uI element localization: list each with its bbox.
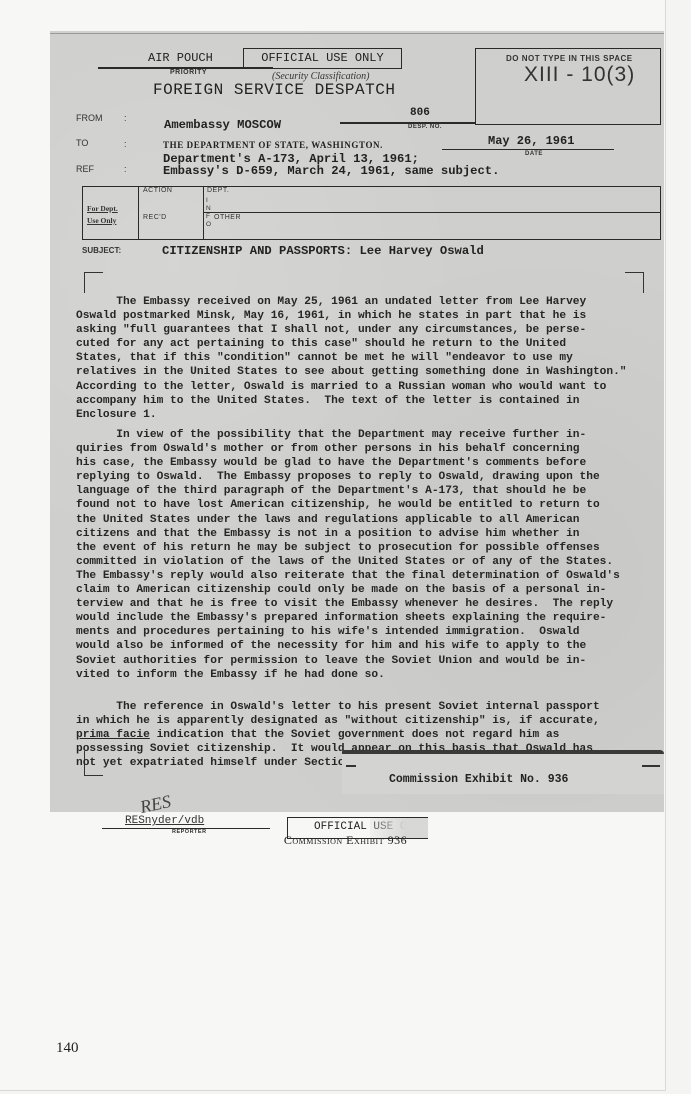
prima-facie-phrase: prima facie [76, 729, 150, 741]
recd-label: REC'D [143, 214, 167, 221]
priority-label: PRIORITY [170, 69, 207, 76]
exhibit-caption: Commission Exhibit 936 [0, 833, 691, 848]
date-underline [442, 149, 614, 150]
corner-mark-top-left [84, 272, 103, 293]
reporter-value: RESnyder/vdb [125, 815, 204, 827]
p3-line-3: indication that the Soviet government do… [150, 729, 560, 741]
dept-label: DEPT. [207, 187, 229, 194]
subject-label: SUBJECT: [82, 246, 121, 255]
desp-no-label: DESP. NO. [408, 124, 442, 130]
reserved-box: DO NOT TYPE IN THIS SPACE XIII - 10(3) [475, 48, 661, 125]
body-paragraph-1: The Embassy received on May 25, 1961 an … [76, 295, 646, 422]
to-colon: : [124, 139, 127, 149]
body-paragraph-2: In view of the possibility that the Depa… [76, 428, 646, 682]
despatch-date: May 26, 1961 [488, 134, 574, 148]
info-label: I N F O [206, 197, 212, 229]
form-title: FOREIGN SERVICE DESPATCH [153, 81, 395, 99]
action-label: ACTION [143, 187, 172, 194]
reserved-space-label: DO NOT TYPE IN THIS SPACE [506, 54, 633, 63]
from-label: FROM [76, 113, 103, 123]
other-label: OTHER [214, 214, 241, 221]
ref-colon: : [124, 164, 127, 174]
corner-mark-top-right [625, 272, 644, 293]
transmission-method: AIR POUCH [148, 51, 213, 65]
p3-line-1: The reference in Oswald's letter to his … [76, 701, 600, 713]
file-code: XIII - 10(3) [524, 63, 635, 87]
subject-value: CITIZENSHIP AND PASSPORTS: Lee Harvey Os… [162, 244, 484, 258]
from-value: Amembassy MOSCOW [164, 118, 281, 132]
routing-divider-2 [203, 187, 204, 239]
page-number: 140 [56, 1040, 79, 1057]
to-label: TO [76, 138, 88, 148]
p3-line-2: in which he is apparently designated as … [76, 715, 600, 727]
ref-line-2: Embassy's D-659, March 24, 1961, same su… [163, 164, 499, 178]
classification-box: OFFICIAL USE ONLY [243, 48, 402, 69]
from-colon: : [124, 113, 127, 123]
despatch-scan: AIR POUCH PRIORITY OFFICIAL USE ONLY (Se… [50, 31, 664, 812]
routing-hline [203, 212, 660, 213]
ref-label: REF [76, 164, 94, 174]
desp-number: 806 [410, 107, 430, 119]
stamp-dash-right [642, 765, 660, 767]
use-only-label: Use Only [87, 216, 116, 225]
for-dept-label: For Dept. [87, 204, 118, 213]
date-label: DATE [525, 151, 543, 157]
stamp-dash-left [346, 765, 356, 767]
exhibit-stamp-text: Commission Exhibit No. 936 [389, 773, 568, 786]
routing-table: For Dept. Use Only ACTION REC'D DEPT. I … [82, 186, 661, 240]
classification-value: OFFICIAL USE ONLY [244, 49, 401, 68]
scan-top-edge [50, 33, 664, 34]
to-value: THE DEPARTMENT OF STATE, WASHINGTON. [163, 140, 383, 150]
routing-divider-1 [138, 187, 139, 239]
